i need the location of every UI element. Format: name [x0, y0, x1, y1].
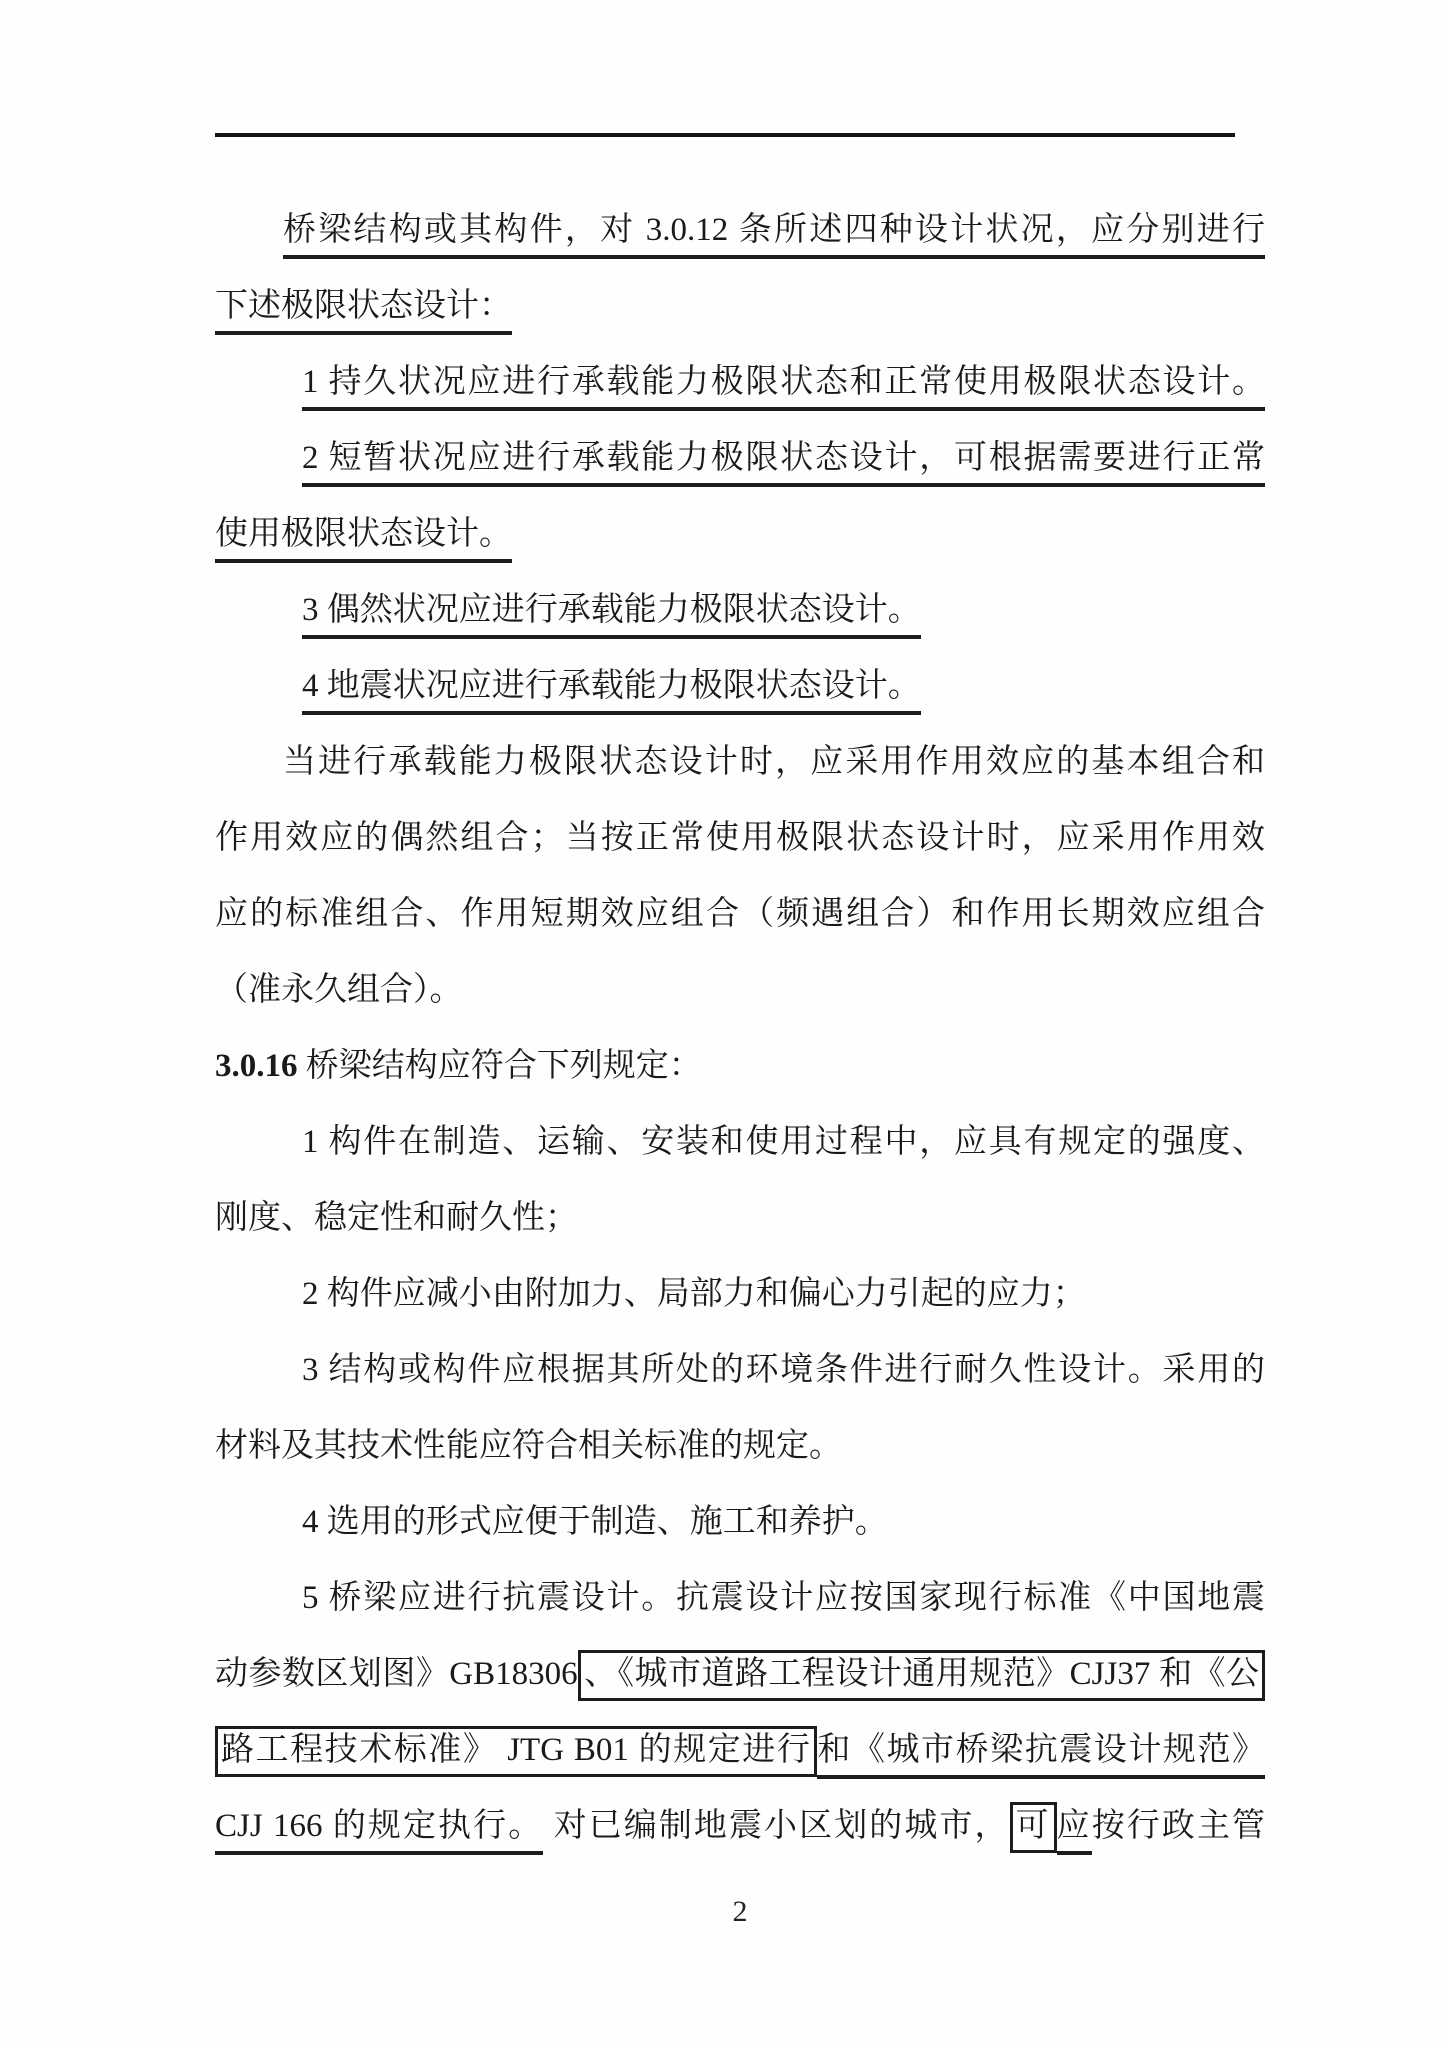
document-page: 桥梁结构或其构件，对 3.0.12 条所述四种设计状况，应分别进行下述极限状态设…: [0, 0, 1448, 2048]
text-lines: 桥梁结构或其构件，对 3.0.12 条所述四种设计状况，应分别进行下述极限状态设…: [215, 192, 1265, 1864]
text-line: 3 偶然状况应进行承载能力极限状态设计。: [215, 572, 1265, 648]
header-rule: [215, 133, 1235, 137]
revision-box: 可: [1010, 1802, 1057, 1853]
text-line: 路工程技术标准》 JTG B01 的规定进行和《城市桥梁抗震设计规范》: [215, 1712, 1265, 1788]
revision-box: 路工程技术标准》 JTG B01 的规定进行: [215, 1726, 817, 1777]
underlined-text: 1 持久状况应进行承载能力极限状态和正常使用极限状态设计。: [302, 364, 1265, 411]
underlined-text: 使用极限状态设计。: [215, 516, 512, 563]
text-segment: 作用效应的偶然组合；当按正常使用极限状态设计时，应采用作用效: [215, 820, 1265, 856]
text-segment: 刚度、稳定性和耐久性；: [215, 1200, 578, 1236]
bold-term: 3.0.16: [215, 1048, 298, 1084]
page-number: 2: [215, 1890, 1265, 1934]
text-line: 使用极限状态设计。: [215, 496, 1265, 572]
text-line: 动参数区划图》GB18306、《城市道路工程设计通用规范》CJJ37 和《公: [215, 1636, 1265, 1712]
underlined-text: 2 短暂状况应进行承载能力极限状态设计，可根据需要进行正常: [302, 440, 1265, 487]
text-line: 桥梁结构或其构件，对 3.0.12 条所述四种设计状况，应分别进行: [215, 192, 1265, 268]
underlined-text: 4 地震状况应进行承载能力极限状态设计。: [302, 668, 921, 715]
text-segment: 应的标准组合、作用短期效应组合（频遇组合）和作用长期效应组合: [215, 896, 1265, 932]
text-segment: 材料及其技术性能应符合相关标准的规定。: [215, 1428, 842, 1464]
text-segment: 桥梁结构应符合下列规定：: [298, 1048, 702, 1084]
text-line: 应的标准组合、作用短期效应组合（频遇组合）和作用长期效应组合: [215, 876, 1265, 952]
text-line: 4 地震状况应进行承载能力极限状态设计。: [215, 648, 1265, 724]
underlined-text: 和《城市桥梁抗震设计规范》: [817, 1732, 1265, 1779]
text-line: 3.0.16 桥梁结构应符合下列规定：: [215, 1028, 1265, 1104]
text-line: 1 持久状况应进行承载能力极限状态和正常使用极限状态设计。: [215, 344, 1265, 420]
text-line: 2 短暂状况应进行承载能力极限状态设计，可根据需要进行正常: [215, 420, 1265, 496]
underlined-text: 3 偶然状况应进行承载能力极限状态设计。: [302, 592, 921, 639]
underlined-text: 应: [1057, 1808, 1092, 1855]
underlined-text: 下述极限状态设计：: [215, 288, 512, 335]
text-segment: 当进行承载能力极限状态设计时，应采用作用效应的基本组合和: [283, 744, 1265, 780]
underlined-text: CJJ 166 的规定执行。: [215, 1808, 543, 1855]
text-segment: 4 选用的形式应便于制造、施工和养护。: [302, 1504, 888, 1540]
text-segment: （准永久组合）。: [215, 972, 463, 1008]
text-line: 2 构件应减小由附加力、局部力和偏心力引起的应力；: [215, 1256, 1265, 1332]
text-line: 1 构件在制造、运输、安装和使用过程中，应具有规定的强度、: [215, 1104, 1265, 1180]
underlined-text: 桥梁结构或其构件，对 3.0.12 条所述四种设计状况，应分别进行: [283, 212, 1265, 259]
text-segment: 1 构件在制造、运输、安装和使用过程中，应具有规定的强度、: [302, 1124, 1265, 1160]
text-segment: 5 桥梁应进行抗震设计。抗震设计应按国家现行标准《中国地震: [302, 1580, 1265, 1616]
revision-box: 、《城市道路工程设计通用规范》CJJ37 和《公: [578, 1650, 1265, 1701]
text-segment: 按行政主管: [1092, 1808, 1265, 1844]
text-line: 4 选用的形式应便于制造、施工和养护。: [215, 1484, 1265, 1560]
text-line: CJJ 166 的规定执行。 对已编制地震小区划的城市，可应按行政主管: [215, 1788, 1265, 1864]
text-line: 5 桥梁应进行抗震设计。抗震设计应按国家现行标准《中国地震: [215, 1560, 1265, 1636]
text-line: 刚度、稳定性和耐久性；: [215, 1180, 1265, 1256]
text-line: 当进行承载能力极限状态设计时，应采用作用效应的基本组合和: [215, 724, 1265, 800]
text-line: 作用效应的偶然组合；当按正常使用极限状态设计时，应采用作用效: [215, 800, 1265, 876]
text-segment: 动参数区划图》GB18306: [215, 1656, 578, 1692]
text-line: （准永久组合）。: [215, 952, 1265, 1028]
text-line: 材料及其技术性能应符合相关标准的规定。: [215, 1408, 1265, 1484]
text-line: 3 结构或构件应根据其所处的环境条件进行耐久性设计。采用的: [215, 1332, 1265, 1408]
text-segment: 3 结构或构件应根据其所处的环境条件进行耐久性设计。采用的: [302, 1352, 1265, 1388]
text-segment: 2 构件应减小由附加力、局部力和偏心力引起的应力；: [302, 1276, 1086, 1312]
text-segment: 对已编制地震小区划的城市，: [543, 1808, 1009, 1844]
text-line: 下述极限状态设计：: [215, 268, 1265, 344]
